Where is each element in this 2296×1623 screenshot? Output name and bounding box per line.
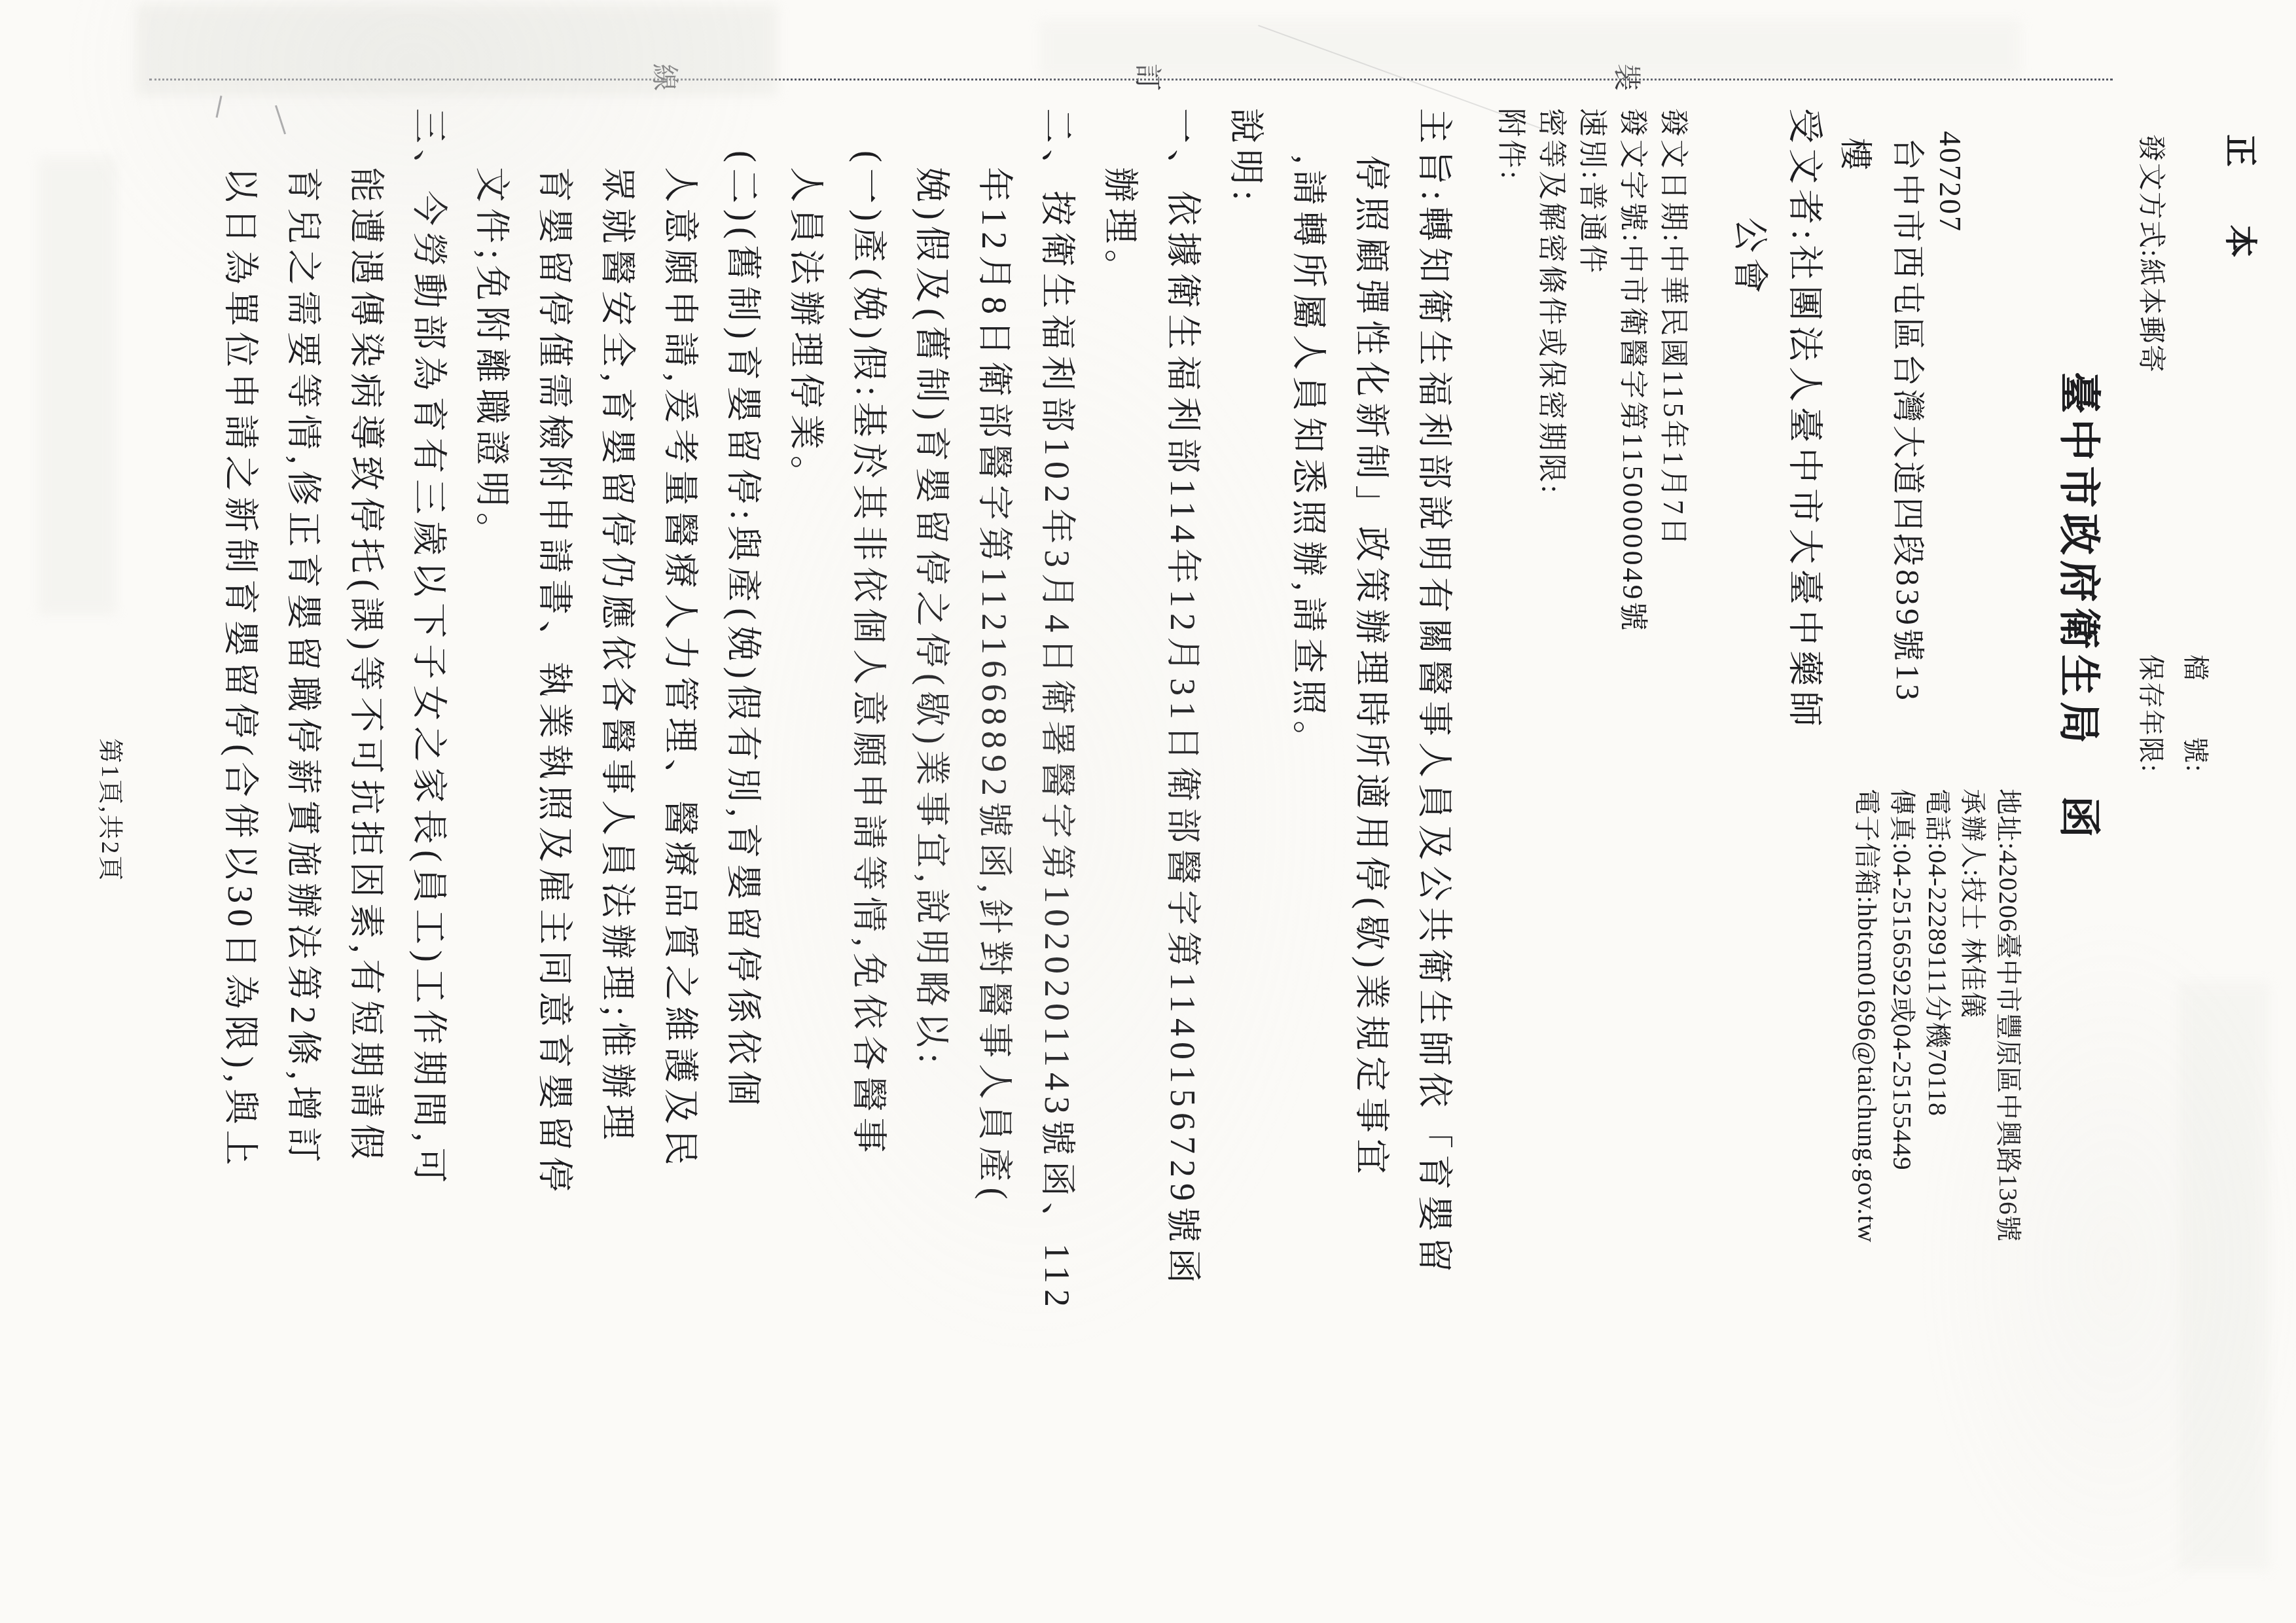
body-line: 育兒之需要等情,修正育嬰留職停薪實施辦法第2條,增訂: [281, 167, 323, 1168]
priority-line: 速別:普通件: [1575, 108, 1609, 276]
subject-line-2: 停照顧彈性化新制」政策辦理時所適用停(歇)業規定事宜: [1350, 155, 1391, 1180]
agency-staff: 承辦人:技士 林佳儀: [1950, 789, 1986, 1243]
issue-date-line: 發文日期:中華民國115年1月7日: [1656, 108, 1690, 548]
recipient-name-line2: 公會: [1728, 217, 1770, 298]
explanation-label: 說明:: [1224, 108, 1266, 206]
document-sheet: 裝 訂 線 正 本 發文方式:紙本郵寄 檔 號: 保存年限: 臺中市政府衛生局函…: [0, 0, 2296, 1623]
body-line: 年12月8日衛部醫字第1121668892號函,針對醫事人員產(: [973, 167, 1014, 1205]
recipient-name-line1: 受文者:社團法人臺中市大臺中藥師: [1783, 108, 1825, 732]
scan-scratch: [215, 96, 222, 118]
body-line: (二)(舊制)育嬰留停:與產(娩)假有別,育嬰留停係依個: [721, 151, 763, 1111]
body-line: 二、按衛生福利部102年3月4日衛署醫字第1020201143號函、112: [1035, 108, 1077, 1313]
body-line: 文件;免附離職證明。: [470, 167, 512, 554]
body-line: (一)產(娩)假:基於其非依個人意願申請等情,免依各醫事: [847, 151, 889, 1158]
body-line: 人意願申請,爰考量醫療人力管理、醫療品質之維護及民: [658, 167, 700, 1171]
agency-address: 地址:420206臺中市豐原區中興路136號: [1986, 789, 2021, 1243]
agency-title: 臺中市政府衛生局函: [2054, 372, 2104, 843]
doc-number-line: 發文字號:中市衛醫字第1150000049號: [1615, 108, 1649, 633]
recipient-postal-code: 407207: [1932, 131, 1967, 233]
agency-email: 電子信箱:hbtcm01696@taichung.gov.tw: [1844, 789, 1880, 1243]
subject-line-3: ,請轉所屬人員知悉照辦,請查照。: [1287, 155, 1329, 762]
file-number-label: 檔 號:: [2180, 654, 2211, 773]
body-line: 人員法辦理停業。: [784, 167, 826, 497]
body-line: 辦理。: [1098, 167, 1140, 291]
copy-type-label: 正 本: [2221, 134, 2259, 283]
body-line: 娩)假及(舊制)育嬰留停之停(歇)業事宜,說明略以:: [910, 167, 952, 1069]
bleedthrough-smudge: [2178, 982, 2270, 1571]
body-line: 能遭遇傳染病導致停托(課)等不可抗拒因素,有短期請假: [344, 167, 386, 1165]
agency-phone: 電話:04-22289111分機70118: [1915, 789, 1950, 1243]
body-line: 眾就醫安全,育嬰留停仍應依各醫事人員法辦理;惟辦理: [596, 167, 637, 1146]
body-line: 以日為單位申請之新制育嬰留停(合併以30日為限),與上: [219, 167, 260, 1171]
attachment-line: 附件:: [1494, 108, 1528, 181]
subject-line-1: 主旨:轉知衛生福利部說明有關醫事人員及公共衛生師依「育嬰留: [1412, 108, 1454, 1278]
bleedthrough-smudge: [1039, 20, 2021, 79]
body-line: 三、今勞動部為育有三歲以下子女之家長(員工)工作期間,可: [407, 108, 449, 1188]
body-line: 育嬰留停僅需檢附申請書、執業執照及雇主同意育嬰留停: [533, 167, 575, 1198]
retention-period-label: 保存年限:: [2136, 654, 2166, 773]
bleedthrough-smudge: [38, 157, 117, 615]
scanned-document-landscape: { "page": { "copy_type": "正 本", "deliver…: [0, 0, 2296, 1623]
delivery-method-label: 發文方式:紙本郵寄: [2134, 134, 2166, 374]
recipient-address-line1: 台中市西屯區台灣大道四段839號13: [1888, 137, 1927, 704]
security-classification-line: 密等及解密條件或保密期限:: [1534, 108, 1568, 495]
body-line: 一、依據衛生福利部114年12月31日衛部醫字第1140156729號函: [1161, 108, 1203, 1289]
scan-scratch: [275, 105, 286, 135]
agency-fax: 傳真:04-25156592或04-25155449: [1880, 789, 1915, 1243]
recipient-address-line2: 樓: [1836, 137, 1874, 173]
agency-name: 臺中市政府衛生局: [2056, 372, 2102, 749]
agency-contact-block: 地址:420206臺中市豐原區中興路136號 承辦人:技士 林佳儀 電話:04-…: [1844, 789, 2021, 1243]
doc-type-letter: 函: [2056, 796, 2102, 843]
page-number-footer: 第1頁,共2頁: [95, 738, 124, 883]
bleedthrough-smudge: [136, 4, 778, 96]
